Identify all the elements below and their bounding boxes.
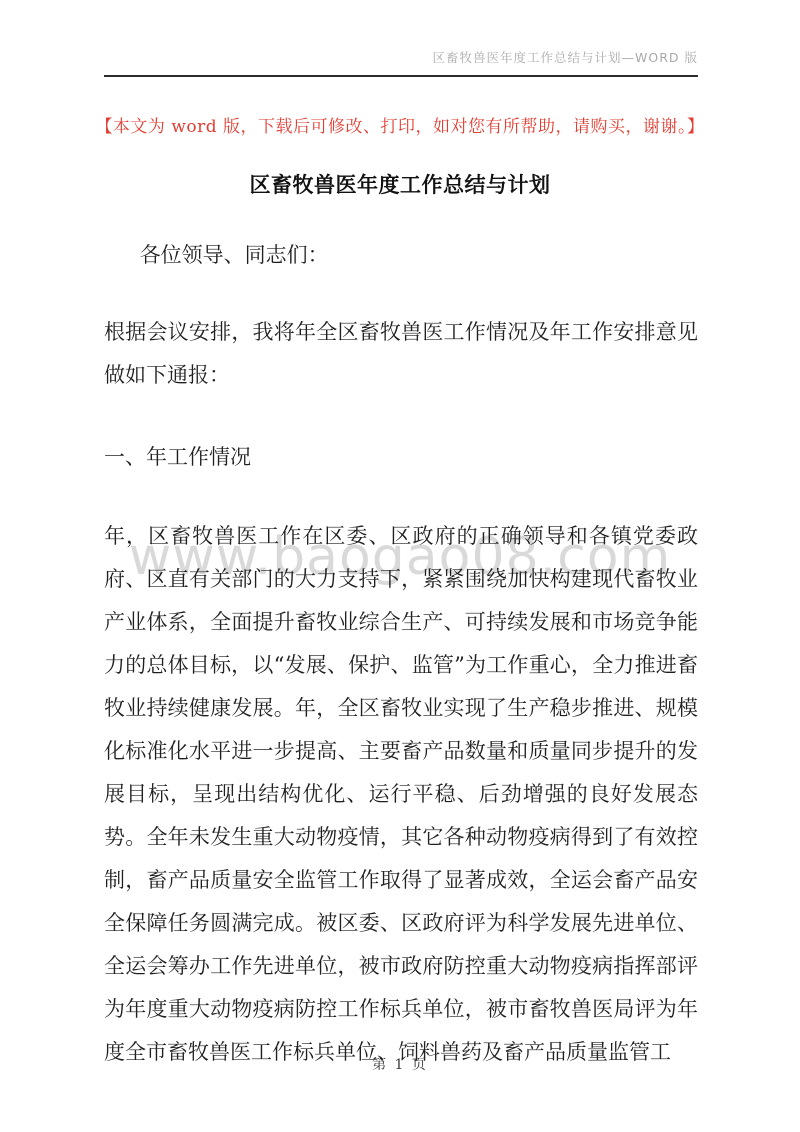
document-page: 区畜牧兽医年度工作总结与计划—WORD 版 【本文为 word 版，下载后可修改…: [0, 0, 800, 1132]
section-heading: 一、年工作情况: [104, 436, 698, 479]
document-title: 区畜牧兽医年度工作总结与计划: [0, 172, 800, 198]
purchase-notice: 【本文为 word 版，下载后可修改、打印，如对您有所帮助，请购买，谢谢。】: [0, 116, 800, 138]
intro-paragraph: 根据会议安排，我将年全区畜牧兽医工作情况及年工作安排意见做如下通报：: [104, 311, 698, 397]
running-header: 区畜牧兽医年度工作总结与计划—WORD 版: [104, 50, 698, 65]
salutation-line: 各位领导、同志们：: [104, 234, 698, 277]
body-paragraph: 年，区畜牧兽医工作在区委、区政府的正确领导和各镇党委政府、区直有关部门的大力支持…: [104, 515, 698, 1074]
header-rule-divider: [104, 75, 698, 77]
